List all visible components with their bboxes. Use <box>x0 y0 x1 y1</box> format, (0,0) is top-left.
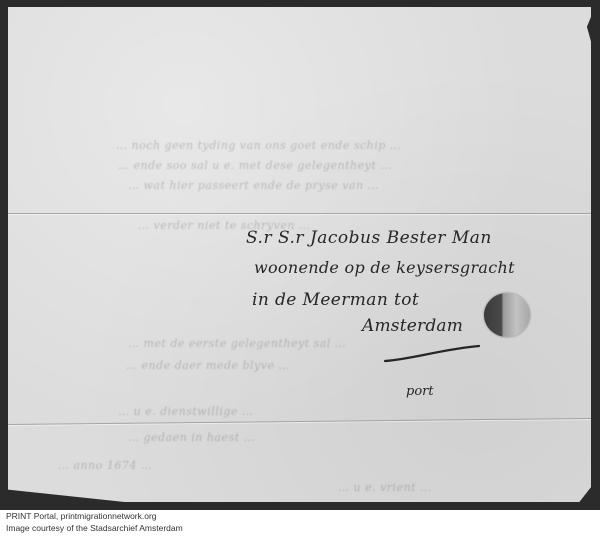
caption-credit: Image courtesy of the Stadsarchief Amste… <box>6 522 183 534</box>
address-line-city: Amsterdam <box>362 316 463 336</box>
bleed-through-text: … met de eerste gelegentheyt sal … <box>128 337 346 350</box>
bleed-through-text: … wat hier passeert ende de pryse van … <box>128 179 379 192</box>
bleed-through-text: … u e. vrient … <box>338 481 432 494</box>
bleed-through-text: … ende soo sal u e. met dese gelegenthey… <box>118 159 392 172</box>
image-caption: PRINT Portal, printmigrationnetwork.org … <box>6 510 183 534</box>
postal-note: port <box>406 384 434 399</box>
bleed-through-text: … anno 1674 … <box>58 459 152 472</box>
pen-flourish-icon <box>383 343 483 365</box>
bleed-through-text: … ende daer mede blyve … <box>126 359 290 372</box>
fold-line-lower <box>8 418 591 425</box>
wax-seal-icon <box>484 293 530 337</box>
fold-line-upper <box>8 213 591 214</box>
scanned-letter-image: … noch geen tyding van ons goet ende sch… <box>0 0 600 510</box>
paper-sheet: … noch geen tyding van ons goet ende sch… <box>8 7 591 502</box>
bleed-through-text: … gedaen in haest … <box>128 431 255 444</box>
address-line-house: in de Meerman tot <box>252 290 419 310</box>
bleed-through-text: … noch geen tyding van ons goet ende sch… <box>116 139 401 152</box>
address-line-recipient: S.r S.r Jacobus Bester Man <box>246 228 492 248</box>
address-line-street: woonende op de keysersgracht <box>254 258 515 277</box>
caption-source: PRINT Portal, printmigrationnetwork.org <box>6 510 183 522</box>
bleed-through-text: … u e. dienstwillige … <box>118 405 253 418</box>
